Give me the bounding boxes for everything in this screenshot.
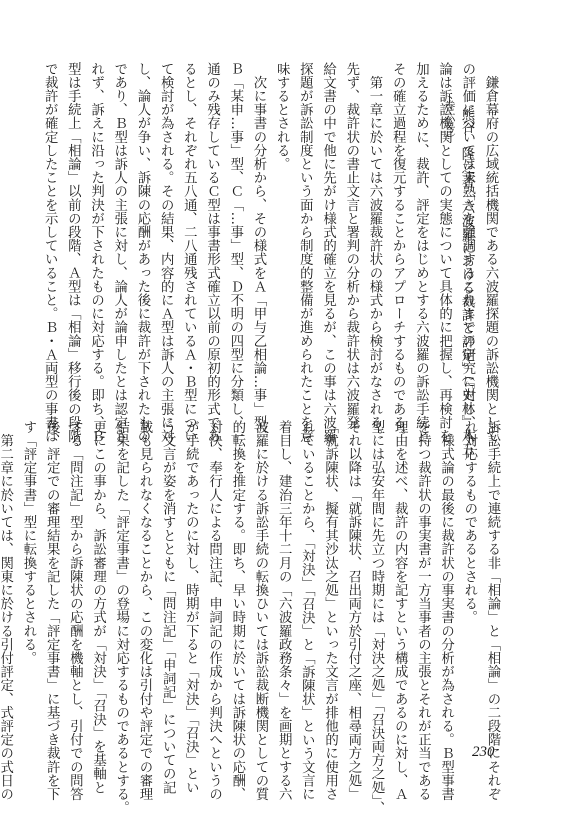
- text-line: Ｂ「某申…事」型、Ｃ「…事」型、Ｄ不明の四型に分類し、一: [224, 62, 247, 418]
- page-number: 230: [472, 744, 495, 761]
- text-line: 次に事書の分析から、その様式をＡ「甲与乙相論…事」型、: [247, 62, 270, 418]
- text-line: 後、評定での審理結果を記した「評定事書」に基づき裁許を下: [40, 420, 63, 760]
- text-line: 結果を記した「評定事書」の登場に対応するものであるとする。: [110, 420, 133, 760]
- text-line: 対決、奉行人による問注記、申詞記の作成から判決へというの: [202, 420, 225, 760]
- text-line: 探題が訴訟制度という面から制度的整備が進められたことを意: [293, 62, 316, 418]
- text-line: する「問注記」型から訴陳状の応酬を機軸とし、引付での問答: [63, 420, 86, 760]
- text-line: 味するとされる。: [270, 62, 293, 418]
- text-line: 訴訟手続上で連続する非「相論」と「相論」の二段階にそれぞ: [481, 420, 504, 760]
- text-line: が手続であったのに対し、時期が下ると「対決」「召決」とい: [179, 420, 202, 760]
- text-line: るとし、それぞれ五八通、二八通残されているＡ・Ｂ型につい: [177, 62, 200, 418]
- text-line: 更にこの事から、訴訟審理の方式が「対決」「召決」を基軸と: [86, 420, 109, 760]
- text-line: 型は手続上「相論」以前の段階、Ａ型は「相論」移行後の段階: [61, 62, 84, 418]
- text-line: 波羅に於ける訴訟手続の転換ひいては訴訟裁断機関としての質: [249, 420, 272, 760]
- text-line: う文言が姿を消すとともに「問注記」「申詞記」についての記: [156, 420, 179, 760]
- text-line: 第一章に於いては六波羅裁許状の様式から検討がなされる。: [363, 62, 386, 418]
- text-line: し、論人が争い、訴陳の応酬があった後に裁許が下されたもの: [131, 62, 154, 418]
- text-line: 通のみ残存しているＣ型は事書形式確立以前の原初的形式であ: [200, 62, 223, 418]
- text-line: で裁許が確定したことを示していること。Ｂ・Ａ両型の事書は: [38, 62, 61, 418]
- text-line: 「就訴陳状、擬有其沙汰之処」といった文言が排他的に使用さ: [318, 420, 341, 760]
- text-line: 先ず、裁許状の書止文言と署判の分析から裁許状は六波羅発: [340, 62, 363, 418]
- text-line: 論は訴訟機関としての実態について具体的に把握し、再検討を: [432, 62, 455, 418]
- text-line: 加えるために、裁許、評定をはじめとする六波羅の訴訟手続と: [409, 62, 432, 418]
- text-line: 着目し、建治三年十二月の「六波羅政務条々」を画期とする六: [272, 420, 295, 760]
- text-line: であり、Ｂ型は訴人の主張に対し、論人が論申したとは認定さ: [108, 62, 131, 418]
- text-line: の評価については未熟さを強調するこれまでの研究に対し、本: [456, 62, 479, 418]
- text-line: それ以降は「就訴陳状、召出両方於引付之座、相尋両方之処」: [342, 420, 365, 760]
- text-line: を持つ裁許状の事実書が一方当事者の主張とそれが正当である: [411, 420, 434, 760]
- text-line: 鎌倉幕府の広域統括機関である六波羅探題の訴訟機関として: [479, 62, 502, 418]
- text-line: 的転換を推定する。即ち、早い時期に於いては訴陳状の応酬、: [226, 420, 249, 760]
- text-line: 様式論の最後に裁許状の事実書の分析が為される。Ｂ型事書: [434, 420, 457, 760]
- text-line: 給文書の中で他に先がけ様式的確立を見るが、この事は六波羅: [316, 62, 339, 418]
- text-line: れていることから、「対決」「召決」と「訴陳状」という文言に: [295, 420, 318, 760]
- text-line: 載も見られなくなることから、この変化は引付や評定での審理: [133, 420, 156, 760]
- text-line: て検討が為される。その結果、内容的にＡ型は訴人の主張に対: [154, 62, 177, 418]
- text-line: れ対応するものであるとされる。: [458, 420, 481, 760]
- text-line: れず、訴えに沿った判決が下されたものに対応する。即ち、Ｂ: [84, 62, 107, 418]
- text-block-top: 鎌倉幕府の広域統括機関である六波羅探題の訴訟機関として の評価については未熟さを…: [38, 62, 502, 418]
- text-line: その確立過程を復元することからアプローチするものである。: [386, 62, 409, 418]
- text-block-bottom: 訴訟手続上で連続する非「相論」と「相論」の二段階にそれぞ れ対応するものであると…: [0, 420, 504, 760]
- text-line: す「評定事書」型に転換するとされる。: [17, 420, 40, 760]
- text-line: 第二章に於いては、関東に於ける引付評定、式評定の式日の: [0, 420, 17, 760]
- text-line: 理由を述べ、裁許の内容を記すという構成であるのに対し、Ａ: [388, 420, 411, 760]
- text-line: 型には弘安年間に先立つ時期には「対決之処」「召決両方之処」、: [365, 420, 388, 760]
